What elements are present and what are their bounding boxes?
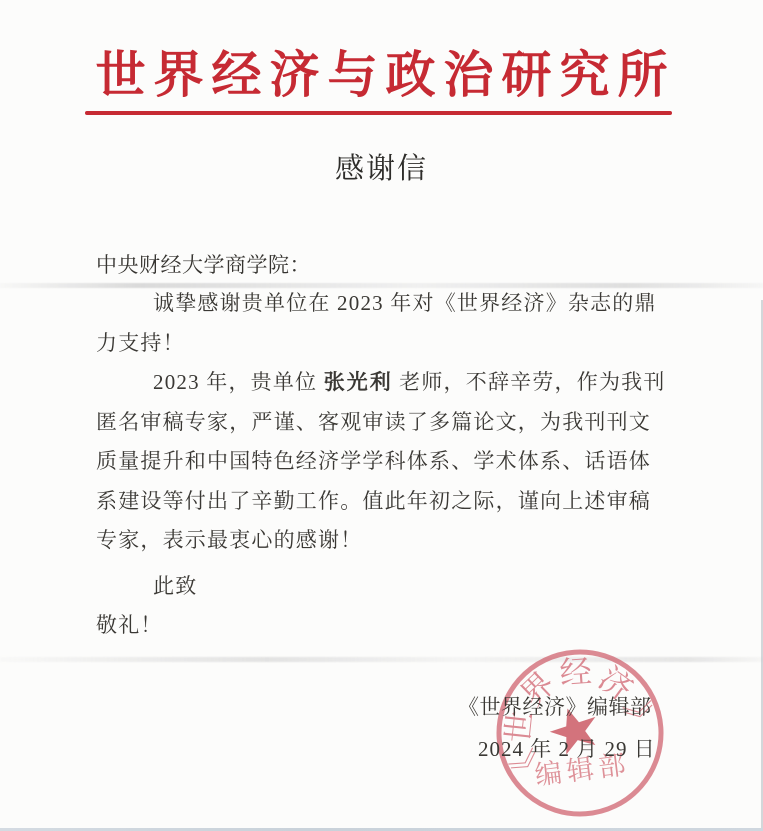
body-text: 2023 年，贵单位 <box>153 370 324 394</box>
date-line: 2024 年 2 月 29 日 <box>478 736 656 762</box>
body-text: 力支持！ <box>96 331 185 355</box>
letterhead-org-name: 世界经济与政治研究所 <box>0 45 763 105</box>
reviewer-name: 张光利 <box>324 370 393 394</box>
body-text: 匿名审稿专家，严谨、客观审读了多篇论文，为我刊刊文 <box>96 410 651 434</box>
body-text: 老师，不辞辛劳，作为我刊 <box>393 370 666 394</box>
body-line: 专家，表示最衷心的感谢！ <box>96 521 696 561</box>
body-text: 敬礼！ <box>96 613 163 637</box>
salutation: 中央财经大学商学院： <box>96 251 311 279</box>
letterhead-rule <box>85 111 672 115</box>
body-text: 此致 <box>153 574 197 598</box>
body-line: 2023 年，贵单位 张光利 老师，不辞辛劳，作为我刊 <box>96 363 696 403</box>
body-line: 匿名审稿专家，严谨、客观审读了多篇论文，为我刊刊文 <box>96 403 696 443</box>
letter-title: 感谢信 <box>0 152 763 186</box>
body-text: 专家，表示最衷心的感谢！ <box>96 528 362 552</box>
body-line: 系建设等付出了辛勤工作。值此年初之际，谨向上述审稿 <box>96 482 696 522</box>
official-seal: 《世界经济》 编辑部 <box>479 632 682 831</box>
seal-arc-char: 经 <box>559 653 593 691</box>
body-text: 诚挚感谢贵单位在 2023 年对《世界经济》杂志的鼎 <box>153 291 657 315</box>
body-line: 力支持！ <box>96 324 696 364</box>
body-line: 诚挚感谢贵单位在 2023 年对《世界经济》杂志的鼎 <box>96 284 696 324</box>
body-line: 此致 <box>96 567 696 607</box>
body-text: 系建设等付出了辛勤工作。值此年初之际，谨向上述审稿 <box>96 489 651 513</box>
signature: 《世界经济》编辑部 <box>458 694 652 720</box>
body-text: 质量提升和中国特色经济学学科体系、学术体系、话语体 <box>96 449 651 473</box>
letter-body: 诚挚感谢贵单位在 2023 年对《世界经济》杂志的鼎力支持！2023 年，贵单位… <box>96 284 696 646</box>
body-line: 质量提升和中国特色经济学学科体系、学术体系、话语体 <box>96 442 696 482</box>
